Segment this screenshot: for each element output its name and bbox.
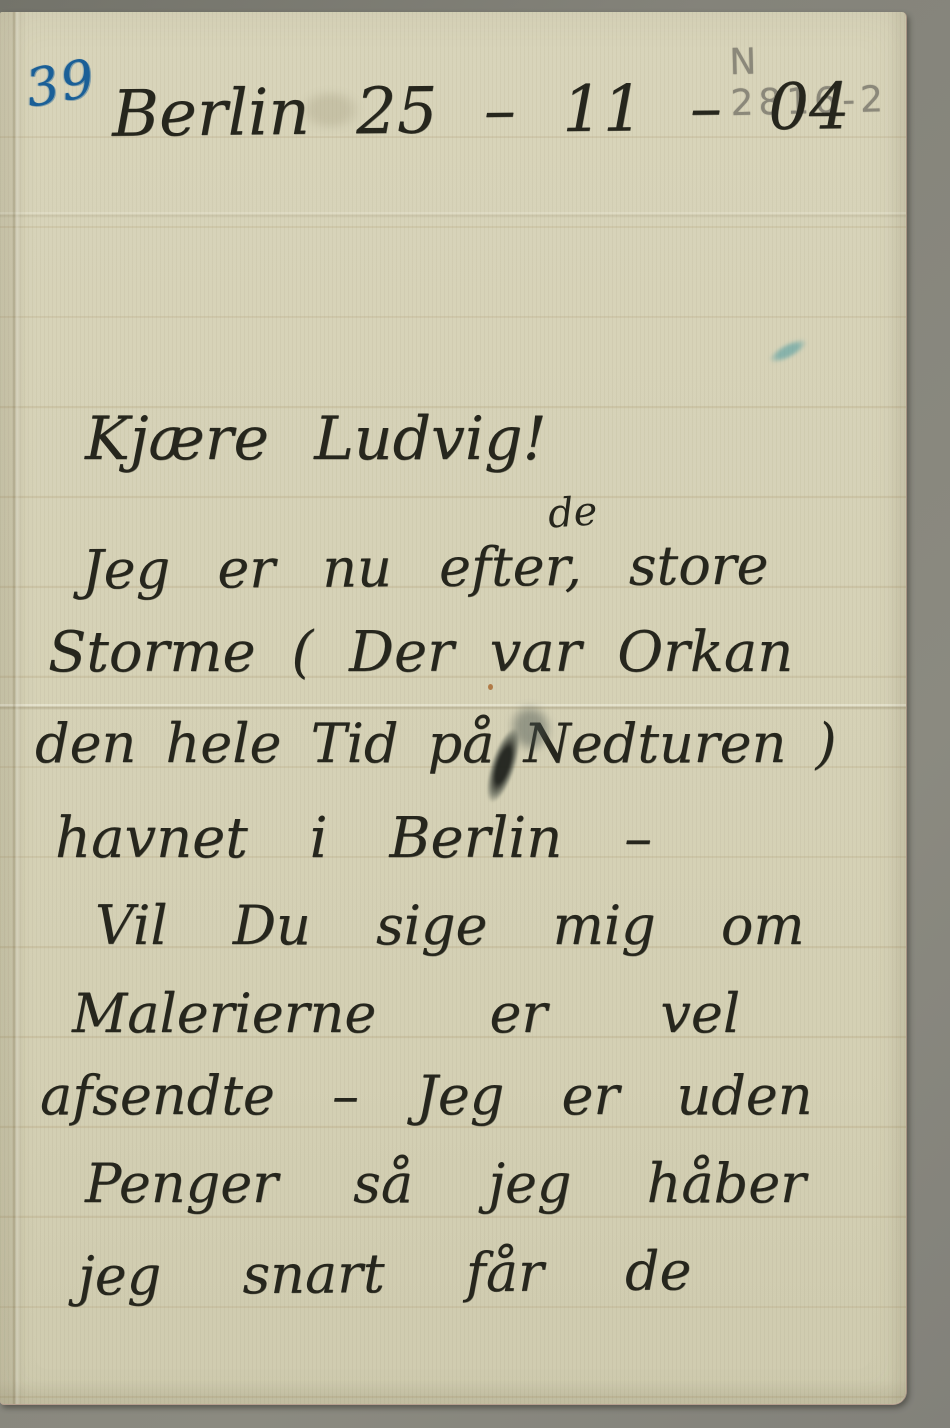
- fold-crease-left: [13, 12, 20, 1404]
- page-number-blue: 39: [21, 48, 101, 119]
- letter-line: Malerierne er vel: [72, 982, 740, 1045]
- letter-line-greeting: Kjære Ludvig!: [85, 404, 547, 474]
- letter-page: N 2816-2 39 Berlin 25 – 11 – 04 Kjære Lu…: [0, 12, 907, 1405]
- letter-line: Storme ( Der var Orkan: [48, 620, 793, 685]
- dateline: Berlin 25 – 11 – 04: [112, 70, 850, 152]
- letter-line: Jeg er nu efter, store: [82, 534, 769, 602]
- letter-line: afsendte – Jeg er uden: [40, 1064, 813, 1127]
- letter-line: havnet i Berlin –: [55, 806, 652, 871]
- letter-line: Penger så jeg håber: [85, 1152, 806, 1215]
- letter-scan: N 2816-2 39 Berlin 25 – 11 – 04 Kjære Lu…: [0, 0, 950, 1428]
- fold-crease-top: [0, 212, 906, 220]
- letter-line: den hele Tid på Nedturen ): [35, 712, 837, 775]
- interlinear-insertion: de: [546, 488, 598, 537]
- letter-line: Vil Du sige mig om: [95, 894, 805, 957]
- fold-crease-middle: [0, 704, 906, 712]
- cyan-stain: [767, 335, 809, 366]
- letter-line: jeg snart får de: [78, 1239, 692, 1307]
